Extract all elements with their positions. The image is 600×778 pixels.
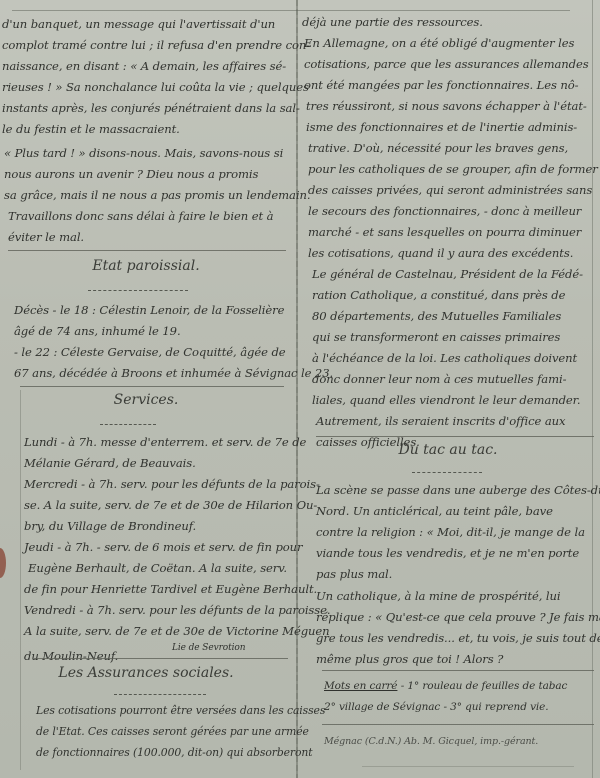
text-line: « Plus tard ! » disons-nous. Mais, savon… xyxy=(4,145,292,161)
mots-en-carre-label: Mots en carré xyxy=(324,680,397,692)
text-line: des caisses privées, qui seront administ… xyxy=(308,182,594,198)
text-line: Travaillons donc sans délai à faire le b… xyxy=(8,208,292,224)
text-line: le du festin et le massacraient. xyxy=(2,121,292,137)
text-line: Vendredi - à 7h. serv. pour les défunts … xyxy=(24,602,292,618)
text-line: marché - et sans lesquelles on pourra di… xyxy=(308,224,594,240)
text-line: Décès - le 18 : Célestin Lenoir, de la F… xyxy=(14,302,292,318)
newsletter-page: d'un banquet, un message qui l'avertissa… xyxy=(0,0,600,778)
section-rule xyxy=(20,386,284,387)
text-line: le secours des fonctionnaires, - donc à … xyxy=(308,203,594,219)
section-rule xyxy=(34,658,288,659)
text-line: viande tous les vendredis, et je ne m'en… xyxy=(316,545,594,561)
text-line: nous aurons un avenir ? Dieu nous a prom… xyxy=(4,166,292,182)
section-title: Etat paroissial. xyxy=(0,258,292,274)
text-line: âgé de 74 ans, inhumé le 19. xyxy=(14,323,292,339)
text-line: Jeudi - à 7h. - serv. de 6 mois et serv.… xyxy=(24,539,292,555)
text-line: sa grâce, mais il ne nous a pas promis u… xyxy=(4,187,292,203)
text-line: du Moulin-Neuf. xyxy=(24,648,292,664)
text-line: ont été mangées par les fonctionnaires. … xyxy=(304,77,594,93)
decorative-squiggle xyxy=(100,424,156,429)
text-line: isme des fonctionnaires et de l'inertie … xyxy=(306,119,594,135)
text-line: éviter le mal. xyxy=(8,229,292,245)
text-line: tres réussiront, si nous savons échapper… xyxy=(306,98,594,114)
text-line: pas plus mal. xyxy=(316,566,594,582)
text-line: de fonctionnaires (100.000, dit-on) qui … xyxy=(36,745,292,761)
text-line: Lundi - à 7h. messe d'enterrem. et serv.… xyxy=(24,434,292,450)
text-line: Les cotisations pourront être versées da… xyxy=(36,703,292,719)
section-title: Les Assurances sociales. xyxy=(0,665,292,681)
text-line: de fin pour Henriette Tardivel et Eugène… xyxy=(24,581,292,597)
text-line: naissance, en disant : « A demain, les a… xyxy=(2,58,292,74)
text-line: donc donner leur nom à ces mutuelles fam… xyxy=(312,371,594,387)
text-line: les cotisations, quand il y aura des exc… xyxy=(308,245,594,261)
left-column: d'un banquet, un message qui l'avertissa… xyxy=(0,0,292,778)
text-line: - le 22 : Céleste Gervaise, de Coquitté,… xyxy=(14,344,292,360)
text-line: Nord. Un anticlérical, au teint pâle, ba… xyxy=(316,503,594,519)
decorative-squiggle xyxy=(412,472,482,477)
text-line: En Allemagne, on a été obligé d'augmente… xyxy=(304,35,594,51)
text-line: A la suite, serv. de 7e et de 30e de Vic… xyxy=(24,623,292,639)
text-line: Eugène Berhault, de Coëtan. A la suite, … xyxy=(28,560,292,576)
section-rule xyxy=(322,724,594,725)
right-column: déjà une partie des ressources. En Allem… xyxy=(302,0,594,778)
text-line: même plus gros que toi ! Alors ? xyxy=(316,651,594,667)
column-divider xyxy=(296,0,298,778)
printer-imprint: Mégnac (C.d.N.) Ab. M. Gicquel, imp.-gér… xyxy=(324,734,594,750)
text-line: Un catholique, à la mine de prospérité, … xyxy=(316,588,594,604)
text-line: complot tramé contre lui ; il refusa d'e… xyxy=(2,37,292,53)
text-line: contre la religion : « Moi, dit-il, je m… xyxy=(316,524,594,540)
text-line: bry, du Village de Brondineuf. xyxy=(24,518,292,534)
section-rule xyxy=(316,436,594,437)
section-title: Du tac au tac. xyxy=(302,442,594,458)
section-title: Services. xyxy=(0,392,292,408)
text-line: La scène se passe dans une auberge des C… xyxy=(316,482,594,498)
text-line: liales, quand elles viendront le leur de… xyxy=(312,392,594,408)
text-line: rieuses ! » Sa nonchalance lui coûta la … xyxy=(2,79,292,95)
text-line: gre tous les vendredis... et, tu vois, j… xyxy=(316,630,594,646)
text-line: Mercredi - à 7h. serv. pour les défunts … xyxy=(24,476,292,492)
text-line: de l'Etat. Ces caisses seront gérées par… xyxy=(36,724,292,740)
text-line: déjà une partie des ressources. xyxy=(302,14,594,30)
bottom-rule xyxy=(362,766,574,767)
decorative-squiggle xyxy=(114,694,206,699)
text-line: qui se transformeront en caisses primair… xyxy=(312,329,594,345)
text-line: d'un banquet, un message qui l'avertissa… xyxy=(2,16,292,32)
text-line: cotisations, parce que les assurances al… xyxy=(304,56,594,72)
decorative-squiggle xyxy=(88,290,188,295)
section-rule xyxy=(8,250,286,251)
text-line: 67 ans, décédée à Broons et inhumée à Sé… xyxy=(14,365,292,381)
text-line: instants après, les conjurés pénétraient… xyxy=(2,100,292,116)
text-line: Autrement, ils seraient inscrits d'offic… xyxy=(316,413,594,429)
text-line: réplique : « Qu'est-ce que cela prouve ?… xyxy=(316,609,594,625)
section-rule xyxy=(322,670,594,671)
text-line: 80 départements, des Mutuelles Familiale… xyxy=(312,308,594,324)
text-line: trative. D'où, nécessité pour les braves… xyxy=(308,140,594,156)
mots-en-carre-clue-1: - 1° rouleau de feuilles de tabac xyxy=(401,680,568,692)
mots-en-carre-line: Mots en carré - 1° rouleau de feuilles d… xyxy=(324,678,594,694)
mots-en-carre-clue-2: 2° village de Sévignac - 3° qui reprend … xyxy=(324,699,594,715)
text-line: Le général de Castelnau, Président de la… xyxy=(312,266,594,282)
text-line: se. A la suite, serv. de 7e et de 30e de… xyxy=(24,497,292,513)
text-line: ration Catholique, a constitué, dans prè… xyxy=(312,287,594,303)
text-line: à l'échéance de la loi. Les catholiques … xyxy=(312,350,594,366)
text-line: pour les catholiques de se grouper, afin… xyxy=(308,161,594,177)
text-line: Mélanie Gérard, de Beauvais. xyxy=(24,455,292,471)
